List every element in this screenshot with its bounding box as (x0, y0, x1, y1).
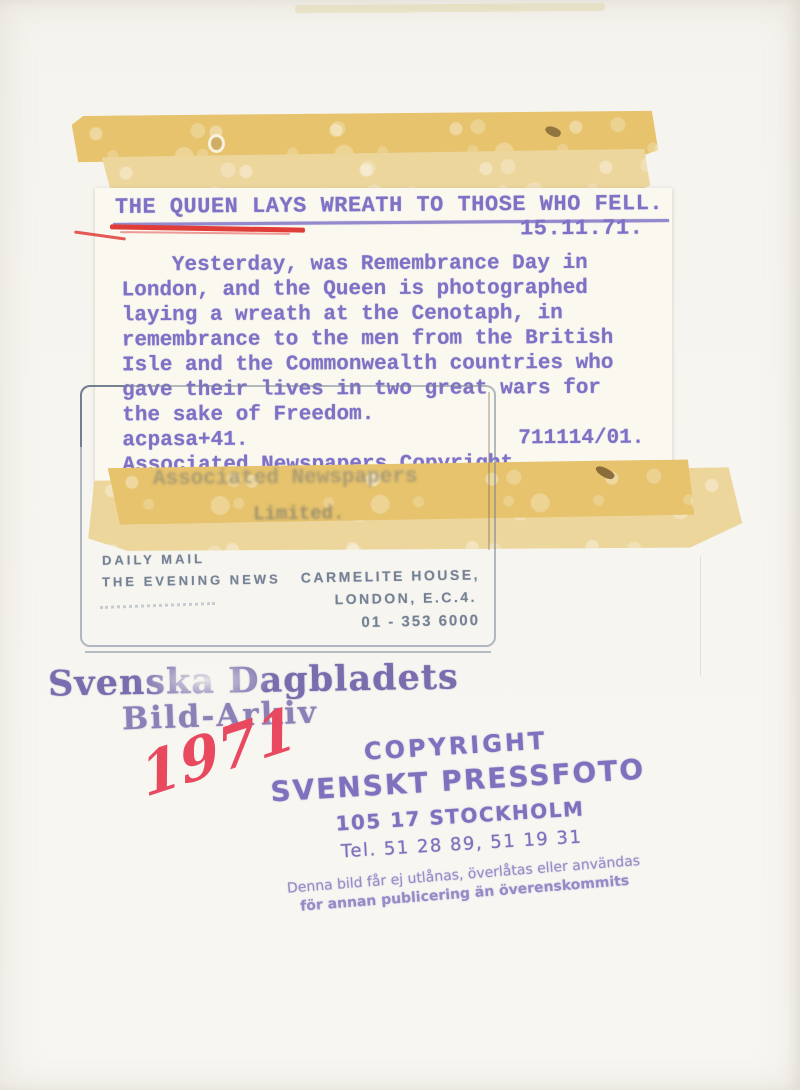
crease-line-right (700, 556, 701, 676)
publisher-paper2: THE EVENING NEWS (102, 571, 281, 589)
caption-line: laying a wreath at the Cenotaph, in (122, 301, 644, 329)
caption-line: remembrance to the men from the British (122, 326, 644, 354)
publisher-phone: 01 - 353 6000 (361, 612, 480, 631)
tape-residue (295, 3, 605, 13)
caption-photo-number: 711114/01. (518, 426, 644, 452)
publisher-stamp-box (80, 385, 496, 647)
caption-line: Yesterday, was Remembrance Day in (121, 251, 643, 279)
photo-verso-scan: THE QUUEN LAYS WREATH TO THOSE WHO FELL.… (0, 0, 800, 1090)
pressfoto-stamp: COPYRIGHT SVENSKT PRESSFOTO 105 17 STOCK… (240, 719, 680, 915)
publisher-address2: LONDON, E.C.4. (335, 589, 478, 607)
publisher-stamp-corner (80, 385, 124, 447)
publisher-address1: CARMELITE HOUSE, (301, 566, 480, 585)
caption-date: 15.11.71. (520, 216, 643, 242)
publisher-paper1: DAILY MAIL (102, 551, 205, 568)
caption-line: London, and the Queen is photographed (122, 276, 644, 304)
caption-line: Isle and the Commonwealth countries who (122, 351, 644, 379)
tape-ring-mark (208, 134, 225, 153)
